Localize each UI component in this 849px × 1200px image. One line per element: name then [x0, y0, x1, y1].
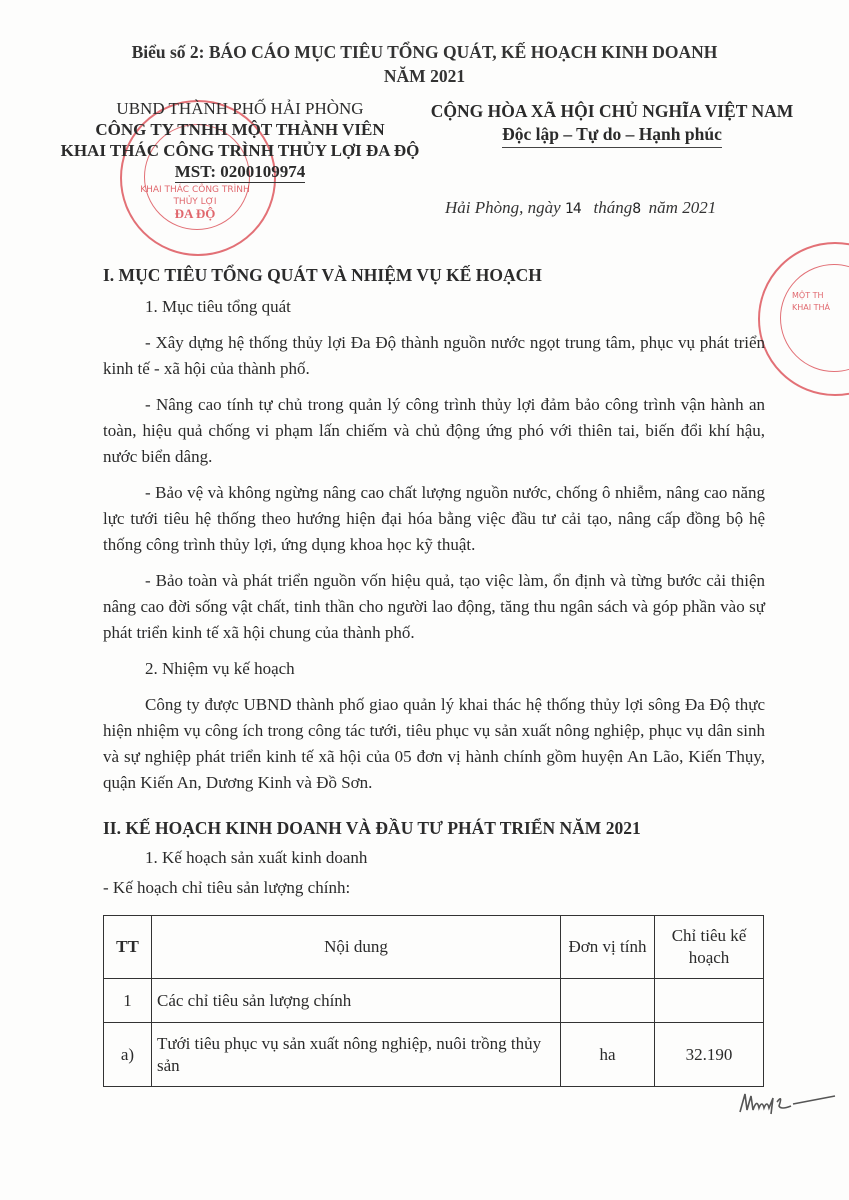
cell-content: Tưới tiêu phục vụ sản xuất nông nghiệp, … [152, 1023, 561, 1087]
date-month: 8 [632, 201, 640, 217]
cell-tt: a) [104, 1023, 152, 1087]
seal-fragment: MỘT TH [792, 290, 849, 302]
section-1-sub-1: 1. Mục tiêu tổng quát [103, 294, 765, 320]
date-year: năm 2021 [649, 198, 717, 217]
title-line-2: NĂM 2021 [0, 64, 849, 88]
issuer-line-3: KHAI THÁC CÔNG TRÌNH THỦY LỢI ĐA ĐỘ [60, 140, 420, 161]
cell-unit: ha [561, 1023, 655, 1087]
objective-3: - Bảo vệ và không ngừng nâng cao chất lư… [103, 480, 765, 558]
task-paragraph: Công ty được UBND thành phố giao quản lý… [103, 692, 765, 796]
section-2-heading: II. KẾ HOẠCH KINH DOANH VÀ ĐẦU TƯ PHÁT T… [103, 815, 765, 841]
cell-target: 32.190 [655, 1023, 764, 1087]
document-title: Biểu số 2: BÁO CÁO MỤC TIÊU TỔNG QUÁT, K… [0, 40, 849, 88]
objective-2: - Nâng cao tính tự chủ trong quản lý côn… [103, 392, 765, 470]
col-header-content: Nội dung [152, 916, 561, 979]
seal-line: ĐA ĐỘ [130, 208, 260, 220]
seal-text: KHAI THÁC CÔNG TRÌNH THỦY LỢI ĐA ĐỘ [130, 184, 260, 220]
col-header-unit: Đơn vị tính [561, 916, 655, 979]
issuer-line-2: CÔNG TY TNHH MỘT THÀNH VIÊN [60, 119, 420, 140]
cell-unit [561, 979, 655, 1023]
national-title: CỘNG HÒA XÃ HỘI CHỦ NGHĨA VIỆT NAM [410, 100, 814, 123]
seal-fragment: KHAI THÁ [792, 302, 849, 314]
col-header-tt: TT [104, 916, 152, 979]
objective-4: - Bảo toàn và phát triển nguồn vốn hiệu … [103, 568, 765, 646]
production-targets-table: TT Nội dung Đơn vị tính Chỉ tiêu kế hoạc… [103, 915, 764, 1087]
date-month-label: tháng [594, 198, 633, 217]
seal-line: KHAI THÁC CÔNG TRÌNH [130, 184, 260, 196]
initials-signature-icon [735, 1088, 845, 1118]
cell-target [655, 979, 764, 1023]
national-motto: Độc lập – Tự do – Hạnh phúc [502, 123, 722, 148]
table-header-row: TT Nội dung Đơn vị tính Chỉ tiêu kế hoạc… [104, 916, 764, 979]
section-1-heading: I. MỤC TIÊU TỔNG QUÁT VÀ NHIỆM VỤ KẾ HOẠ… [103, 262, 765, 288]
table-row: 1 Các chỉ tiêu sản lượng chính [104, 979, 764, 1023]
table-row: a) Tưới tiêu phục vụ sản xuất nông nghiệ… [104, 1023, 764, 1087]
issuer-block: UBND THÀNH PHỐ HẢI PHÒNG CÔNG TY TNHH MỘ… [60, 98, 420, 183]
edge-seal-text: MỘT TH KHAI THÁ [792, 290, 849, 314]
table-intro: - Kế hoạch chỉ tiêu sản lượng chính: [103, 875, 765, 901]
document-date: Hải Phòng, ngày 14 tháng8 năm 2021 [445, 198, 785, 218]
col-header-target: Chỉ tiêu kế hoạch [655, 916, 764, 979]
cell-tt: 1 [104, 979, 152, 1023]
edge-seal-stamp [758, 242, 849, 396]
section-1: I. MỤC TIÊU TỔNG QUÁT VÀ NHIỆM VỤ KẾ HOẠ… [103, 262, 765, 796]
title-line-1: Biểu số 2: BÁO CÁO MỤC TIÊU TỔNG QUÁT, K… [0, 40, 849, 64]
issuer-line-1: UBND THÀNH PHỐ HẢI PHÒNG [60, 98, 420, 119]
national-header: CỘNG HÒA XÃ HỘI CHỦ NGHĨA VIỆT NAM Độc l… [410, 100, 814, 148]
section-2-sub-1: 1. Kế hoạch sản xuất kinh doanh [103, 845, 765, 871]
section-1-sub-2: 2. Nhiệm vụ kế hoạch [103, 656, 765, 682]
objective-1: - Xây dựng hệ thống thủy lợi Đa Độ thành… [103, 330, 765, 382]
date-place: Hải Phòng, ngày [445, 198, 561, 217]
tax-code: MST: 0200109974 [175, 162, 306, 183]
section-2: II. KẾ HOẠCH KINH DOANH VÀ ĐẦU TƯ PHÁT T… [103, 815, 765, 901]
cell-content: Các chỉ tiêu sản lượng chính [152, 979, 561, 1023]
date-day: 14 [565, 201, 581, 217]
